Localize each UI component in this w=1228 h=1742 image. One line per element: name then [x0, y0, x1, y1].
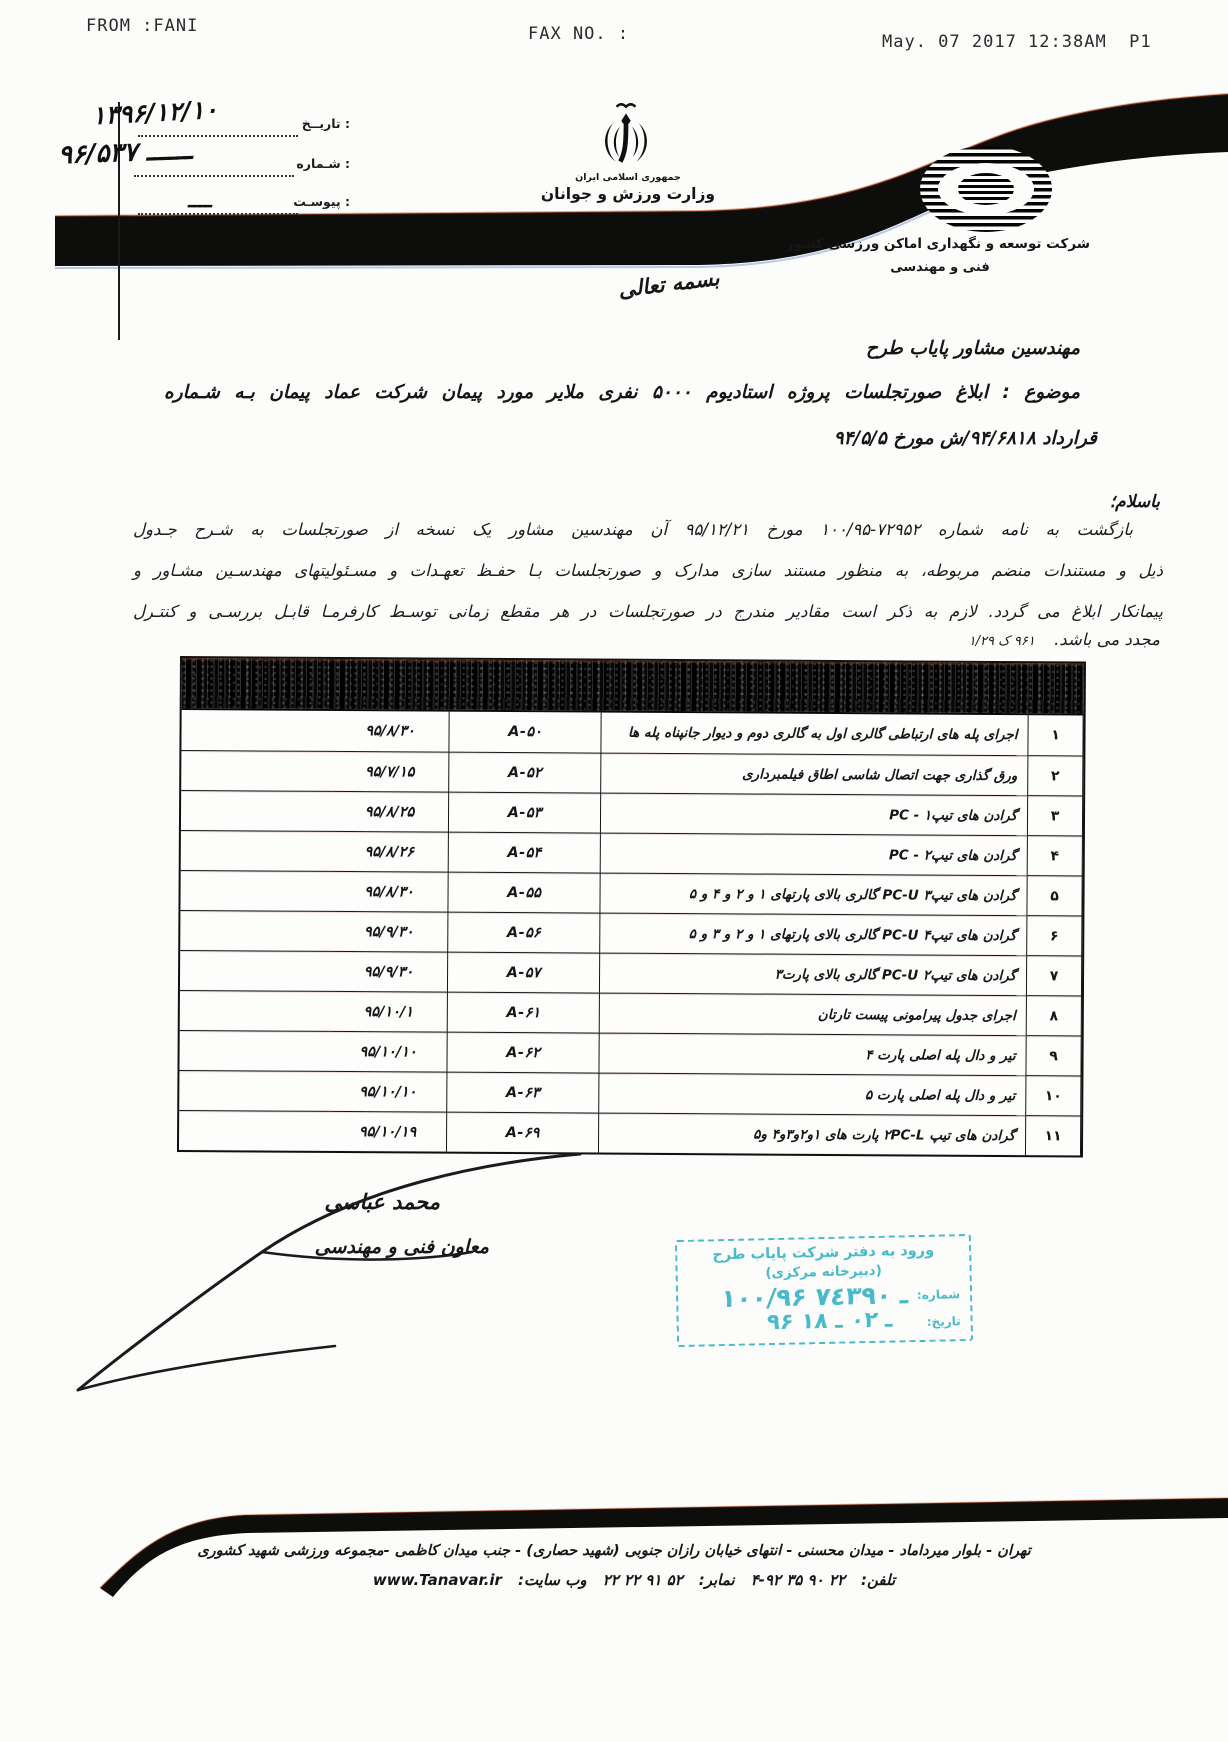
table-body: ۹۵/۸/۳۰A-۵۰اجرای پله های ارتباطی گالری ا… — [179, 710, 1084, 1156]
cell-no: ۳ — [1028, 795, 1083, 835]
cell-doc: A-۶۲ — [447, 1032, 599, 1073]
cell-desc: تیر و دال پله اصلی پارت ۴ — [599, 1033, 1026, 1076]
cell-desc: گرادن های تیپ۲ - PC — [601, 833, 1028, 876]
cell-doc: A-۵۲ — [449, 752, 601, 793]
stamp-date-value: ۹۶ ـ ۰۲ ـ ۱۸ — [765, 1308, 893, 1336]
salutation: باسلام؛ — [1110, 492, 1160, 512]
cell-desc: گرادن های تیپ۱ - PC — [601, 793, 1028, 836]
cell-empty — [181, 790, 331, 831]
entry-stamp: ورود به دفتر شرکت پایاب طرح (دبیرخانه مر… — [675, 1234, 973, 1347]
cell-empty — [180, 910, 330, 951]
field-number-label: شـماره : — [296, 156, 350, 171]
company-logo-core — [958, 173, 1014, 205]
cell-empty — [181, 750, 331, 791]
body-line-3: پیمانکار ابلاغ می گردد. لازم به ذکر است … — [133, 602, 1163, 621]
cell-date: ۹۵/۱۰/۱ — [330, 991, 448, 1032]
table-row: ۹۵/۸/۳۰A-۵۵گرادن های تیپ۳ PC-U گالری بال… — [180, 870, 1082, 916]
body-line-1: بازگشت به نامه شماره ۷۲۹۵۲-۱۰۰/۹۵ مورخ ۹… — [133, 520, 1163, 539]
ministry-title: وزارت ورزش و جوانان — [530, 185, 726, 203]
fax-document-page: FROM :FANI FAX NO. : May. 07 2017 12:38A… — [0, 0, 1228, 1742]
signer-title: معاون فنی و مهندسی — [315, 1236, 489, 1258]
fax-value: ۲۲ ۲۲ ۹۱ ۵۲ — [603, 1571, 683, 1589]
cell-doc: A-۶۱ — [448, 992, 600, 1033]
phone-label: تلفن: — [861, 1571, 895, 1589]
website-label: وب سایت: — [518, 1571, 587, 1589]
cell-no: ۸ — [1027, 995, 1082, 1035]
cell-no: ۱ — [1028, 715, 1083, 755]
cell-date: ۹۵/۹/۳۰ — [330, 911, 448, 952]
cell-date: ۹۵/۸/۲۶ — [331, 831, 449, 872]
cell-empty — [181, 710, 331, 751]
cell-date: ۹۵/۹/۳۰ — [330, 951, 448, 992]
subject-line-2: قرارداد ۹۴/۶۸۱۸/ش مورخ ۹۴/۵/۵ — [834, 428, 1097, 449]
cell-date: ۹۵/۸/۳۰ — [330, 871, 448, 912]
cell-empty — [180, 990, 330, 1031]
cell-doc: A-۵۳ — [449, 792, 601, 833]
cell-desc: گرادن های تیپ ۲PC-L پارت های ۱و۲و۳و۴ و۵ — [599, 1113, 1026, 1156]
table-row: ۹۵/۱۰/۱۹A-۶۹گرادن های تیپ ۲PC-L پارت های… — [179, 1110, 1081, 1156]
table-row: ۹۵/۸/۲۶A-۵۴گرادن های تیپ۲ - PC۴ — [181, 830, 1083, 876]
cell-empty — [180, 950, 330, 991]
cell-doc: A-۶۳ — [447, 1072, 599, 1113]
cell-desc: اجرای جدول پیرامونی پیست تارتان — [600, 993, 1027, 1036]
republic-title: جمهوری اسلامی ایران — [560, 172, 696, 183]
cell-empty — [181, 830, 331, 871]
cell-doc: A-۵۰ — [449, 712, 601, 753]
field-number-line — [134, 174, 294, 177]
cell-desc: تیر و دال پله اصلی پارت ۵ — [599, 1073, 1026, 1116]
table-row: ۹۵/۱۰/۱A-۶۱اجرای جدول پیرامونی پیست تارت… — [180, 990, 1082, 1036]
table-header-scanned — [182, 658, 1084, 716]
fax-label: نمابر: — [699, 1571, 735, 1589]
cell-doc: A-۵۵ — [448, 872, 600, 913]
stamp-title: ورود به دفتر شرکت پایاب طرح — [687, 1242, 959, 1264]
company-name: شرکت توسعه و نگهداری اماکن ورزشی کشور — [790, 236, 1090, 252]
cell-date: ۹۵/۸/۳۰ — [331, 711, 449, 752]
stamp-number-label: شماره: — [917, 1279, 961, 1302]
iran-emblem-icon — [594, 102, 658, 172]
cell-empty — [179, 1110, 329, 1151]
cell-empty — [179, 1070, 329, 1111]
cell-desc: ورق گذاری جهت اتصال شاسی اطاق فیلمبرداری — [601, 753, 1028, 796]
field-attachment-value: ــــ — [188, 188, 211, 212]
cell-date: ۹۵/۷/۱۵ — [331, 751, 449, 792]
cell-desc: گرادن های تیپ۲ PC-U گالری بالای پارت۳ — [600, 953, 1027, 996]
cell-no: ۴ — [1028, 835, 1083, 875]
field-date-label: تاريــخ : — [302, 116, 350, 131]
table-row: ۹۵/۸/۲۵A-۵۳گرادن های تیپ۱ - PC۳ — [181, 790, 1083, 836]
body-line-2: ذیل و مستندات منضم مربوطه، به منظور مستن… — [133, 561, 1163, 580]
phone-value: ۴-۹۲ ۳۵ ۹۰ ۲۲ — [751, 1571, 845, 1589]
field-number-value: ــــــ ۹۶/۵۳۷ — [58, 136, 193, 171]
handwritten-note: ۹۶۱ ک ۱/۲۹ — [969, 634, 1035, 649]
cell-no: ۵ — [1027, 875, 1082, 915]
cell-desc: گرادن های تیپ۳ PC-U گالری بالای پارتهای … — [600, 873, 1027, 916]
cell-no: ۷ — [1027, 955, 1082, 995]
table-row: ۹۵/۹/۳۰A-۵۶گرادن های تیپ۴ PC-U گالری بال… — [180, 910, 1082, 956]
stamp-date-label: تاریخ: — [926, 1306, 960, 1329]
table-row: ۹۵/۱۰/۱۰A-۶۳تیر و دال پله اصلی پارت ۵۱۰ — [179, 1070, 1081, 1116]
company-division: فنی و مهندسی — [790, 260, 1090, 275]
footer-contacts: تلفن: ۴-۹۲ ۳۵ ۹۰ ۲۲ نمابر: ۲۲ ۲۲ ۹۱ ۵۲ و… — [354, 1571, 914, 1589]
cell-date: ۹۵/۸/۲۵ — [331, 791, 449, 832]
table-row: ۹۵/۸/۳۰A-۵۰اجرای پله های ارتباطی گالری ا… — [181, 710, 1083, 756]
signer-name: محمد عباسی — [324, 1190, 440, 1214]
table-row: ۹۵/۷/۱۵A-۵۲ورق گذاری جهت اتصال شاسی اطاق… — [181, 750, 1083, 796]
cell-date: ۹۵/۱۰/۱۰ — [329, 1071, 447, 1112]
cell-doc: A-۵۴ — [449, 832, 601, 873]
cell-no: ۹ — [1026, 1035, 1081, 1075]
body-line-4-text: مجدد می باشد. — [1054, 630, 1160, 649]
table-row: ۹۵/۱۰/۱۰A-۶۲تیر و دال پله اصلی پارت ۴۹ — [179, 1030, 1081, 1076]
letterhead-swoosh-bottom — [0, 1430, 1228, 1630]
cell-no: ۲ — [1028, 755, 1083, 795]
cell-desc: اجرای پله های ارتباطی گالری اول به گالری… — [601, 713, 1028, 756]
body-line-4: مجدد می باشد. ۹۶۱ ک ۱/۲۹ — [130, 630, 1160, 649]
field-attachment-label: پيوسـت : — [293, 194, 350, 209]
footer-address: تهران - بلوار میرداماد - میدان محسنی - ا… — [94, 1543, 1134, 1559]
table-row: ۹۵/۹/۳۰A-۵۷گرادن های تیپ۲ PC-U گالری بال… — [180, 950, 1082, 996]
company-logo — [920, 146, 1052, 232]
cell-no: ۶ — [1027, 915, 1082, 955]
cell-doc: A-۵۶ — [448, 912, 600, 953]
cell-no: ۱۱ — [1026, 1115, 1081, 1155]
cell-no: ۱۰ — [1026, 1075, 1081, 1115]
website-value: www.Tanavar.ir — [373, 1571, 502, 1589]
cell-doc: A-۶۹ — [447, 1112, 599, 1153]
cell-date: ۹۵/۱۰/۱۰ — [329, 1031, 447, 1072]
cell-empty — [180, 870, 330, 911]
minutes-table: ۹۵/۸/۳۰A-۵۰اجرای پله های ارتباطی گالری ا… — [177, 656, 1086, 1158]
subject-line-1: موضوع : ابلاغ صورتجلسات پروژه استادیوم ۵… — [164, 382, 1080, 403]
cell-empty — [179, 1030, 329, 1071]
cell-doc: A-۵۷ — [448, 952, 600, 993]
field-attachment-line — [138, 212, 298, 215]
cell-desc: گرادن های تیپ۴ PC-U گالری بالای پارتهای … — [600, 913, 1027, 956]
cell-date: ۹۵/۱۰/۱۹ — [329, 1111, 447, 1152]
recipient-line: مهندسین مشاور پایاب طرح — [866, 338, 1080, 359]
